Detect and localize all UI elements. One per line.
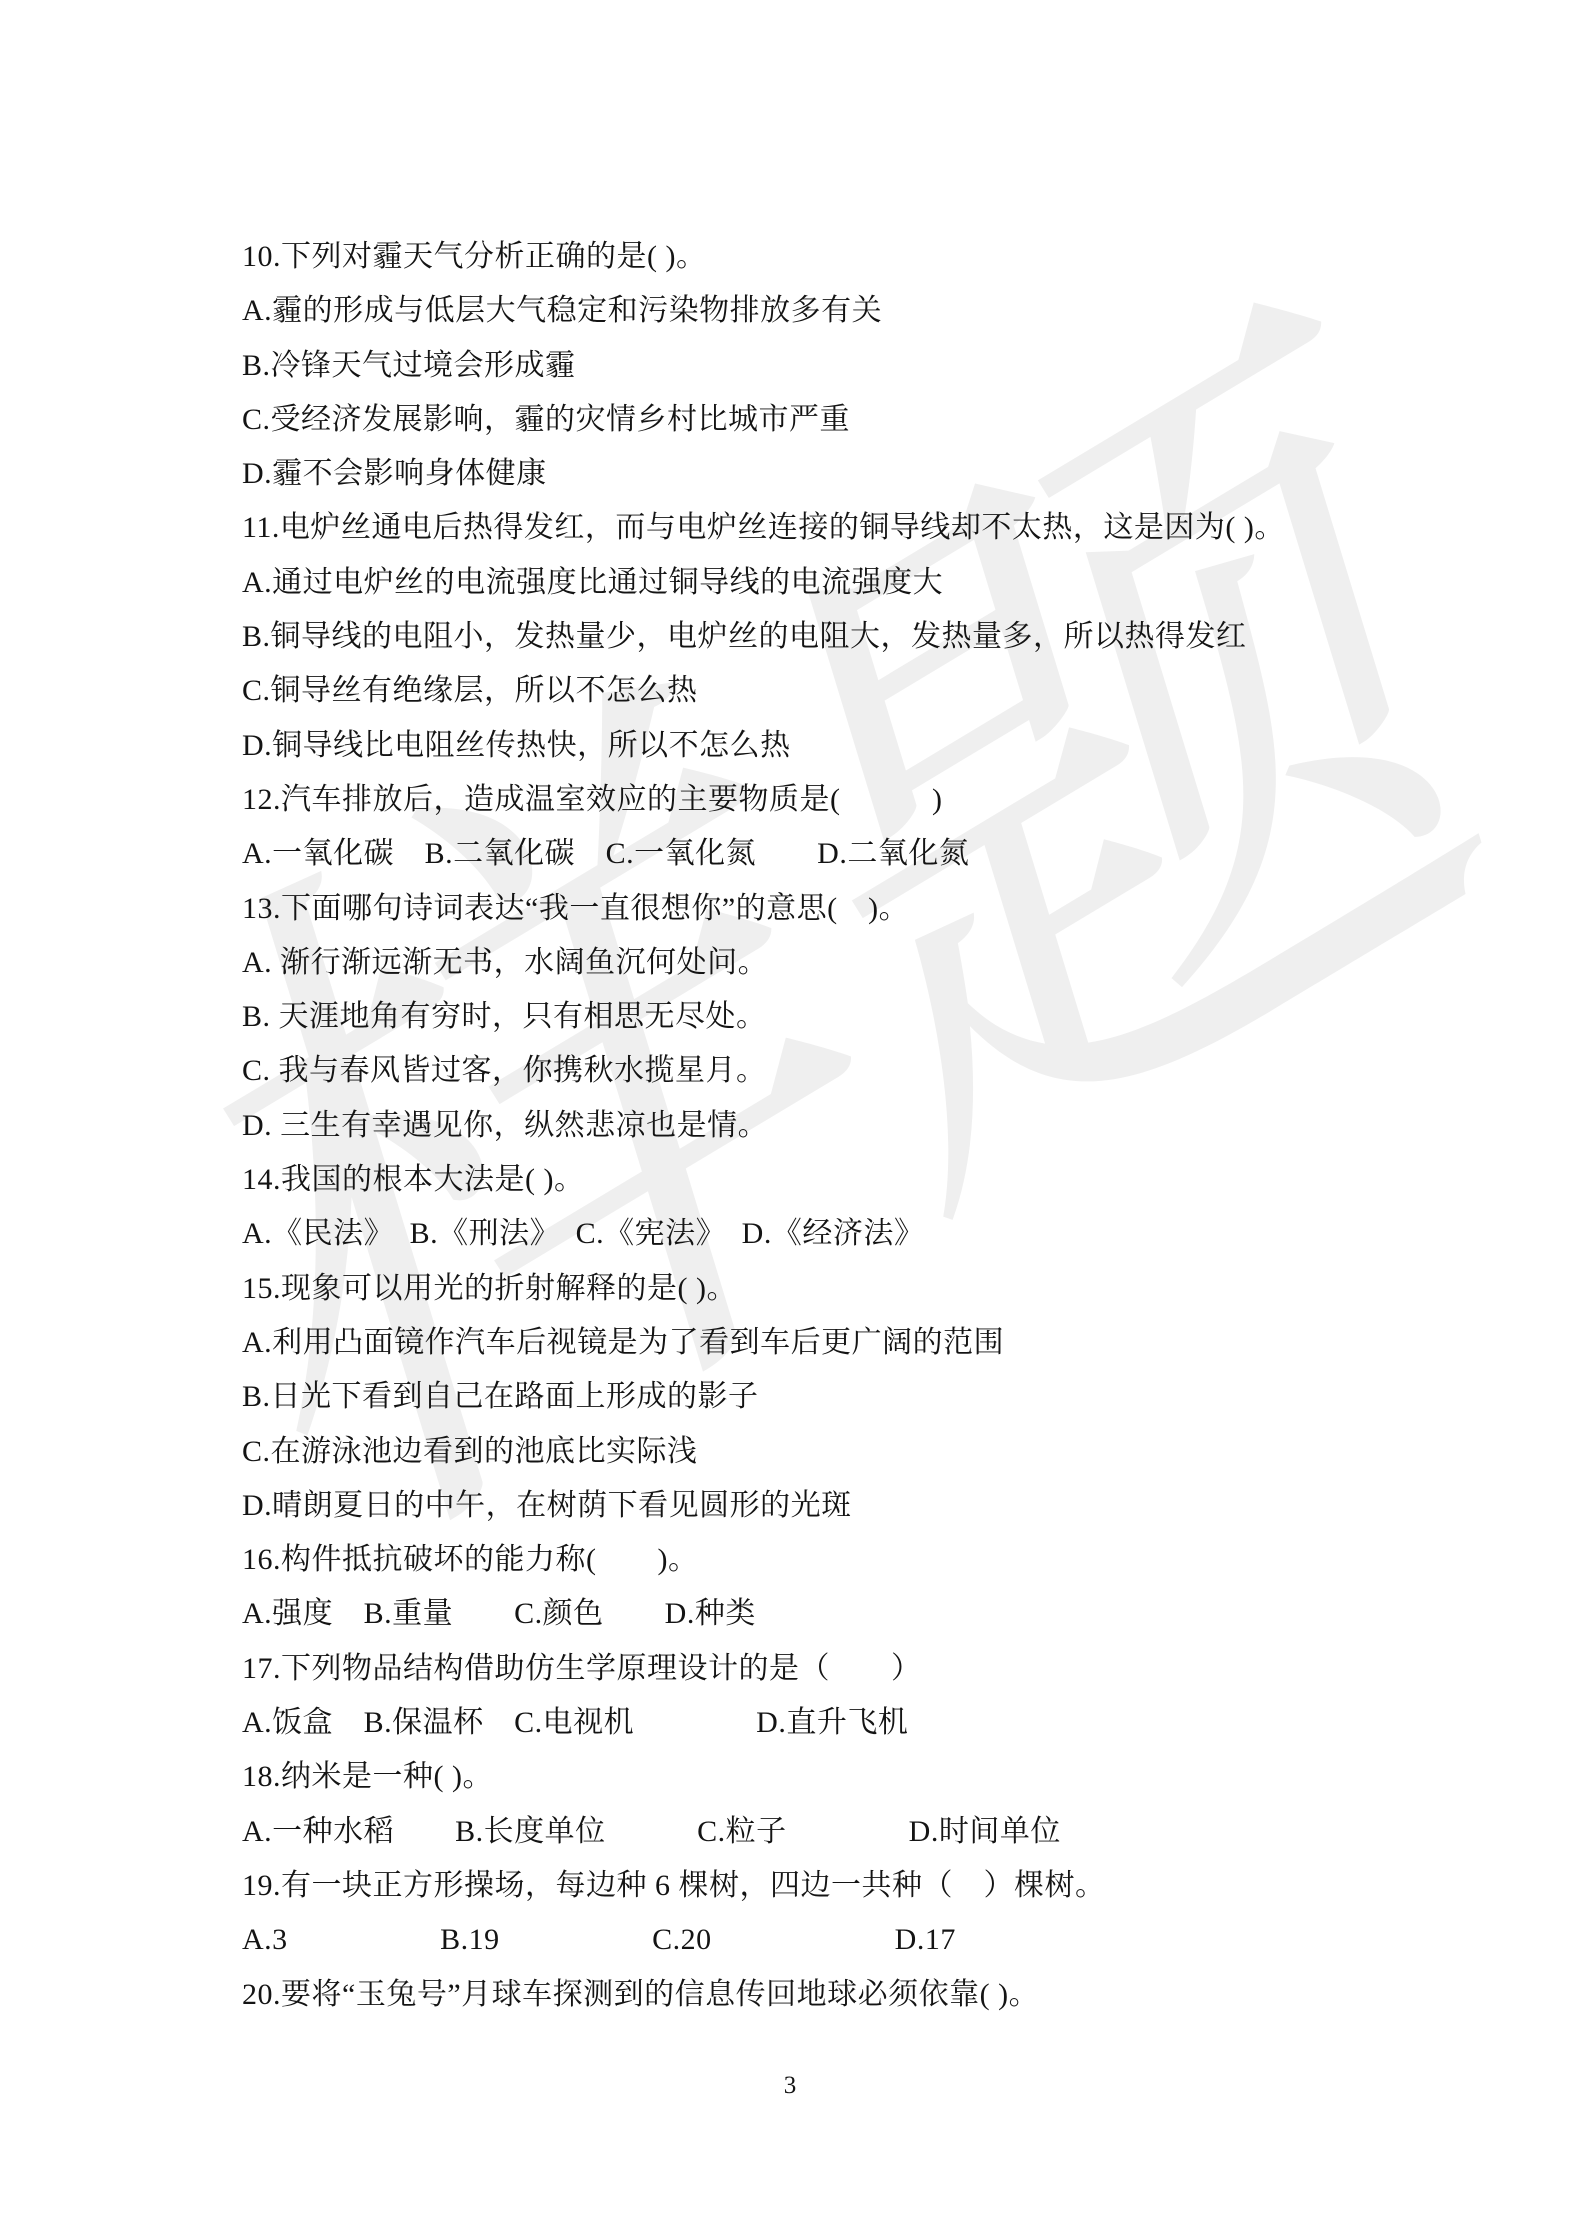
option-line: A.霾的形成与低层大气稳定和污染物排放多有关 <box>242 284 1572 338</box>
question-stem: 18.纳米是一种( )。 <box>242 1750 1572 1804</box>
options-inline-line: A.3 B.19 C.20 D.17 <box>242 1913 1572 1967</box>
options-inline-line: A.一氧化碳 B.二氧化碳 C.一氧化氮 D.二氧化氮 <box>242 827 1572 881</box>
option-line: C.铜导丝有绝缘层，所以不怎么热 <box>242 664 1572 718</box>
question-stem: 11.电炉丝通电后热得发红，而与电炉丝连接的铜导线却不太热，这是因为( )。 <box>242 501 1572 555</box>
question-stem: 20.要将“玉兔号”月球车探测到的信息传回地球必须依靠( )。 <box>242 1968 1572 2022</box>
options-inline-line: A.饭盒 B.保温杯 C.电视机 D.直升飞机 <box>242 1696 1572 1750</box>
option-line: C. 我与春风皆过客，你携秋水揽星月。 <box>242 1044 1572 1098</box>
question-stem: 19.有一块正方形操场，每边种 6 棵树，四边一共种（ ）棵树。 <box>242 1859 1572 1913</box>
option-line: D. 三生有幸遇见你，纵然悲凉也是情。 <box>242 1099 1572 1153</box>
options-inline-line: A.强度 B.重量 C.颜色 D.种类 <box>242 1587 1572 1641</box>
option-line: D.晴朗夏日的中午，在树荫下看见圆形的光斑 <box>242 1479 1572 1533</box>
option-line: A.通过电炉丝的电流强度比通过铜导线的电流强度大 <box>242 556 1572 610</box>
questions-container: 10.下列对霾天气分析正确的是( )。A.霾的形成与低层大气稳定和污染物排放多有… <box>242 230 1572 2022</box>
option-line: B.日光下看到自己在路面上形成的影子 <box>242 1370 1572 1424</box>
question-stem: 12.汽车排放后，造成温室效应的主要物质是( ) <box>242 773 1572 827</box>
option-line: A.利用凸面镜作汽车后视镜是为了看到车后更广阔的范围 <box>242 1316 1572 1370</box>
question-stem: 17.下列物品结构借助仿生学原理设计的是（ ） <box>242 1642 1572 1696</box>
question-stem: 10.下列对霾天气分析正确的是( )。 <box>242 230 1572 284</box>
option-line: B.冷锋天气过境会形成霾 <box>242 339 1572 393</box>
options-inline-line: A.一种水稻 B.长度单位 C.粒子 D.时间单位 <box>242 1805 1572 1859</box>
option-line: B.铜导线的电阻小，发热量少，电炉丝的电阻大，发热量多，所以热得发红 <box>242 610 1572 664</box>
question-stem: 14.我国的根本大法是( )。 <box>242 1153 1572 1207</box>
exam-page: 样题 10.下列对霾天气分析正确的是( )。A.霾的形成与低层大气稳定和污染物排… <box>0 0 1580 2238</box>
option-line: C.受经济发展影响，霾的灾情乡村比城市严重 <box>242 393 1572 447</box>
option-line: D.铜导线比电阻丝传热快，所以不怎么热 <box>242 719 1572 773</box>
option-line: C.在游泳池边看到的池底比实际浅 <box>242 1425 1572 1479</box>
question-stem: 15.现象可以用光的折射解释的是( )。 <box>242 1262 1572 1316</box>
question-stem: 16.构件抵抗破坏的能力称( )。 <box>242 1533 1572 1587</box>
page-number: 3 <box>0 2072 1580 2100</box>
option-line: B. 天涯地角有穷时，只有相思无尽处。 <box>242 990 1572 1044</box>
option-line: D.霾不会影响身体健康 <box>242 447 1572 501</box>
option-line: A. 渐行渐远渐无书，水阔鱼沉何处问。 <box>242 936 1572 990</box>
options-inline-line: A.《民法》 B.《刑法》 C.《宪法》 D.《经济法》 <box>242 1207 1572 1261</box>
question-stem: 13.下面哪句诗词表达“我一直很想你”的意思( )。 <box>242 882 1572 936</box>
